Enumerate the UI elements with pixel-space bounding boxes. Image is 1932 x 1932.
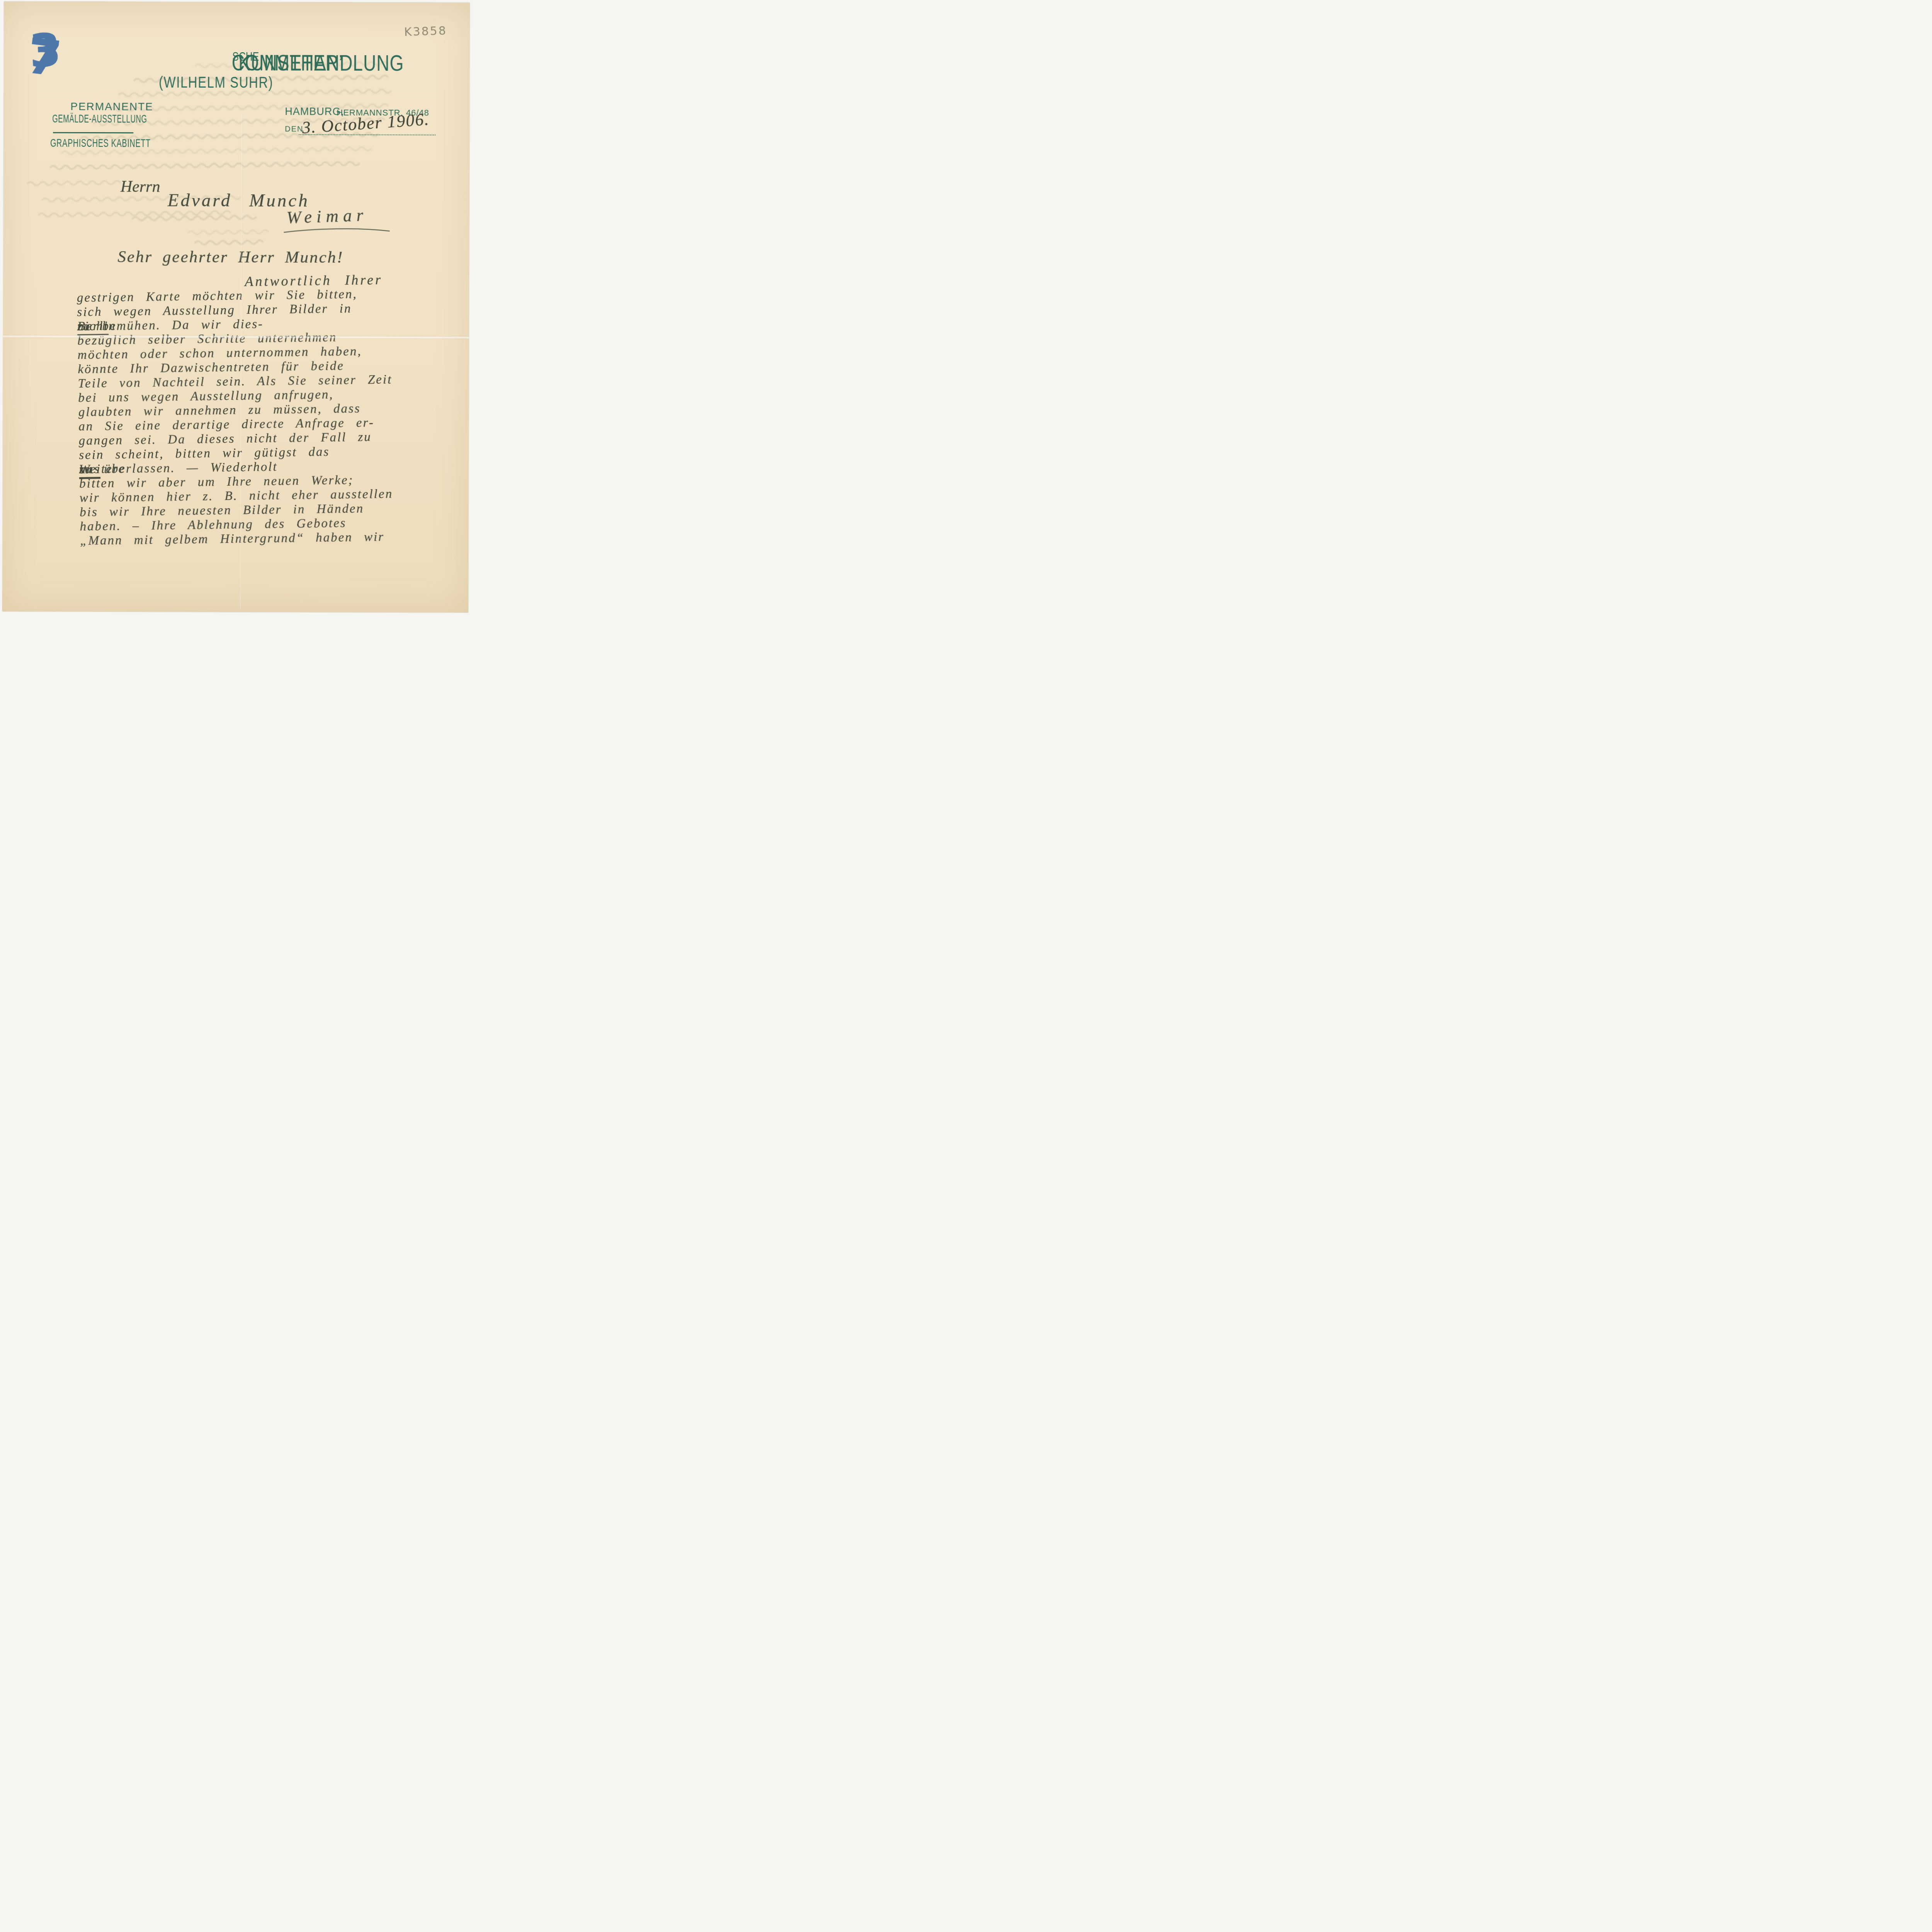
letterhead-left-line-1: PERMANENTE xyxy=(70,100,153,113)
pencil-catalog-number: K3858 xyxy=(404,24,447,39)
letterhead-left-line-2: GEMÄLDE-AUSSTELLUNG xyxy=(52,112,147,126)
letterhead-divider-rule xyxy=(53,132,133,134)
letterhead-subtitle: (WILHELM SUHR) xyxy=(3,73,459,92)
letterhead-brand-main: KUNSTHANDLUNG xyxy=(238,50,404,76)
scanned-letter-page: { "annotations": { "blue_page_number": "… xyxy=(0,0,476,616)
letterhead-left-line-3: GRAPHISCHES KABINETT xyxy=(50,137,151,150)
letterhead-title: COMMETER’SCHEKUNSTHANDLUNG xyxy=(4,49,460,50)
letter-body: Antwortlich Ihrergestrigen Karte möchten… xyxy=(77,272,445,548)
salutation-line: Sehr geehrter Herr Munch! xyxy=(117,247,344,267)
recipient-city: Weimar xyxy=(286,205,368,228)
recipient-title: Herrn xyxy=(121,177,160,196)
letter-paper: 37 K3858 COMMETER’SCHEKUNSTHANDLUNG (WIL… xyxy=(2,1,470,612)
